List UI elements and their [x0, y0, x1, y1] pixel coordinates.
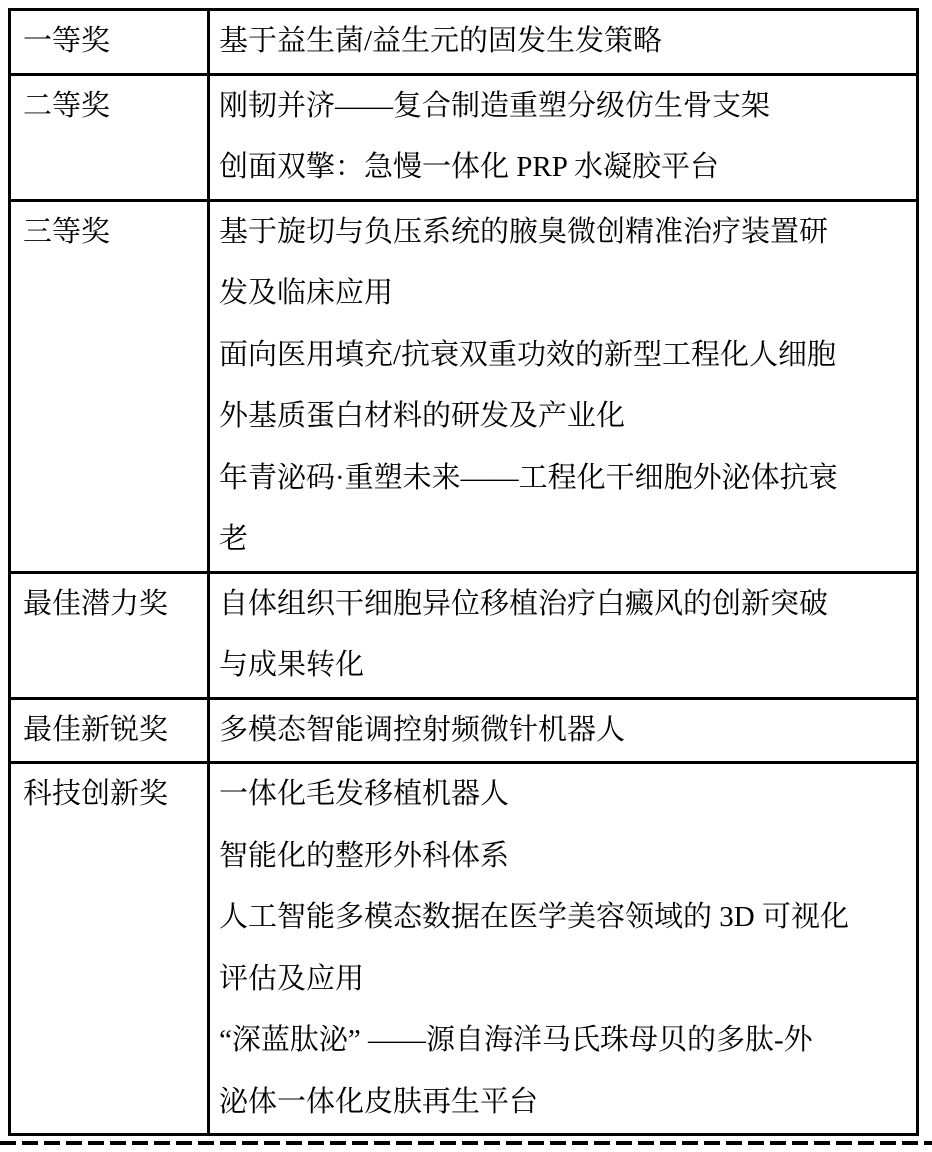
table-row-first-prize: 一等奖 基于益生菌/益生元的固发生发策略 — [10, 10, 918, 75]
award-cell: 最佳新锐奖 — [10, 698, 209, 763]
awards-table: 一等奖 基于益生菌/益生元的固发生发策略 二等奖 刚韧并济——复合制造重塑分级仿… — [8, 8, 919, 1136]
award-label: 科技创新奖 — [11, 764, 207, 826]
award-label: 二等奖 — [11, 76, 207, 138]
projects-cell: 一体化毛发移植机器人 智能化的整形外科体系 人工智能多模态数据在医学美容领域的 … — [209, 763, 918, 1135]
project-line: 年青泌码·重塑未来——工程化干细胞外泌体抗衰 — [210, 448, 916, 510]
project-line: 与成果转化 — [210, 635, 916, 697]
award-cell: 二等奖 — [10, 74, 209, 200]
page-break-dashed-line — [0, 1141, 932, 1145]
projects-cell: 刚韧并济——复合制造重塑分级仿生骨支架 创面双擎：急慢一体化 PRP 水凝胶平台 — [209, 74, 918, 200]
award-cell: 一等奖 — [10, 10, 209, 75]
award-cell: 科技创新奖 — [10, 763, 209, 1135]
project-line: 泌体一体化皮肤再生平台 — [210, 1072, 916, 1134]
table-row-third-prize: 三等奖 基于旋切与负压系统的腋臭微创精准治疗装置研 发及临床应用 面向医用填充/… — [10, 200, 918, 572]
award-label: 最佳新锐奖 — [11, 700, 207, 762]
table-row-tech-innovation-prize: 科技创新奖 一体化毛发移植机器人 智能化的整形外科体系 人工智能多模态数据在医学… — [10, 763, 918, 1135]
project-line: 外基质蛋白材料的研发及产业化 — [210, 386, 916, 448]
project-line: 一体化毛发移植机器人 — [210, 764, 916, 826]
projects-cell: 自体组织干细胞异位移植治疗白癜风的创新突破 与成果转化 — [209, 572, 918, 698]
project-line: 人工智能多模态数据在医学美容领域的 3D 可视化 — [210, 887, 916, 949]
award-cell: 三等奖 — [10, 200, 209, 572]
project-line: 发及临床应用 — [210, 263, 916, 325]
award-cell: 最佳潜力奖 — [10, 572, 209, 698]
award-label: 一等奖 — [11, 11, 207, 73]
project-line: 自体组织干细胞异位移植治疗白癜风的创新突破 — [210, 574, 916, 636]
project-line: 面向医用填充/抗衰双重功效的新型工程化人细胞 — [210, 325, 916, 387]
award-label: 最佳潜力奖 — [11, 574, 207, 636]
table-row-second-prize: 二等奖 刚韧并济——复合制造重塑分级仿生骨支架 创面双擎：急慢一体化 PRP 水… — [10, 74, 918, 200]
project-line: 评估及应用 — [210, 949, 916, 1011]
project-line: 基于益生菌/益生元的固发生发策略 — [210, 11, 916, 73]
projects-cell: 基于旋切与负压系统的腋臭微创精准治疗装置研 发及临床应用 面向医用填充/抗衰双重… — [209, 200, 918, 572]
award-label: 三等奖 — [11, 202, 207, 264]
project-line: 创面双擎：急慢一体化 PRP 水凝胶平台 — [210, 137, 916, 199]
project-line: 老 — [210, 509, 916, 571]
project-line: 刚韧并济——复合制造重塑分级仿生骨支架 — [210, 76, 916, 138]
project-line: 智能化的整形外科体系 — [210, 826, 916, 888]
project-line: “深蓝肽泌” ——源自海洋马氏珠母贝的多肽-外 — [210, 1010, 916, 1072]
project-line: 基于旋切与负压系统的腋臭微创精准治疗装置研 — [210, 202, 916, 264]
table-row-best-newcomer-prize: 最佳新锐奖 多模态智能调控射频微针机器人 — [10, 698, 918, 763]
project-line: 多模态智能调控射频微针机器人 — [210, 700, 916, 762]
projects-cell: 基于益生菌/益生元的固发生发策略 — [209, 10, 918, 75]
table-row-best-potential-prize: 最佳潜力奖 自体组织干细胞异位移植治疗白癜风的创新突破 与成果转化 — [10, 572, 918, 698]
projects-cell: 多模态智能调控射频微针机器人 — [209, 698, 918, 763]
